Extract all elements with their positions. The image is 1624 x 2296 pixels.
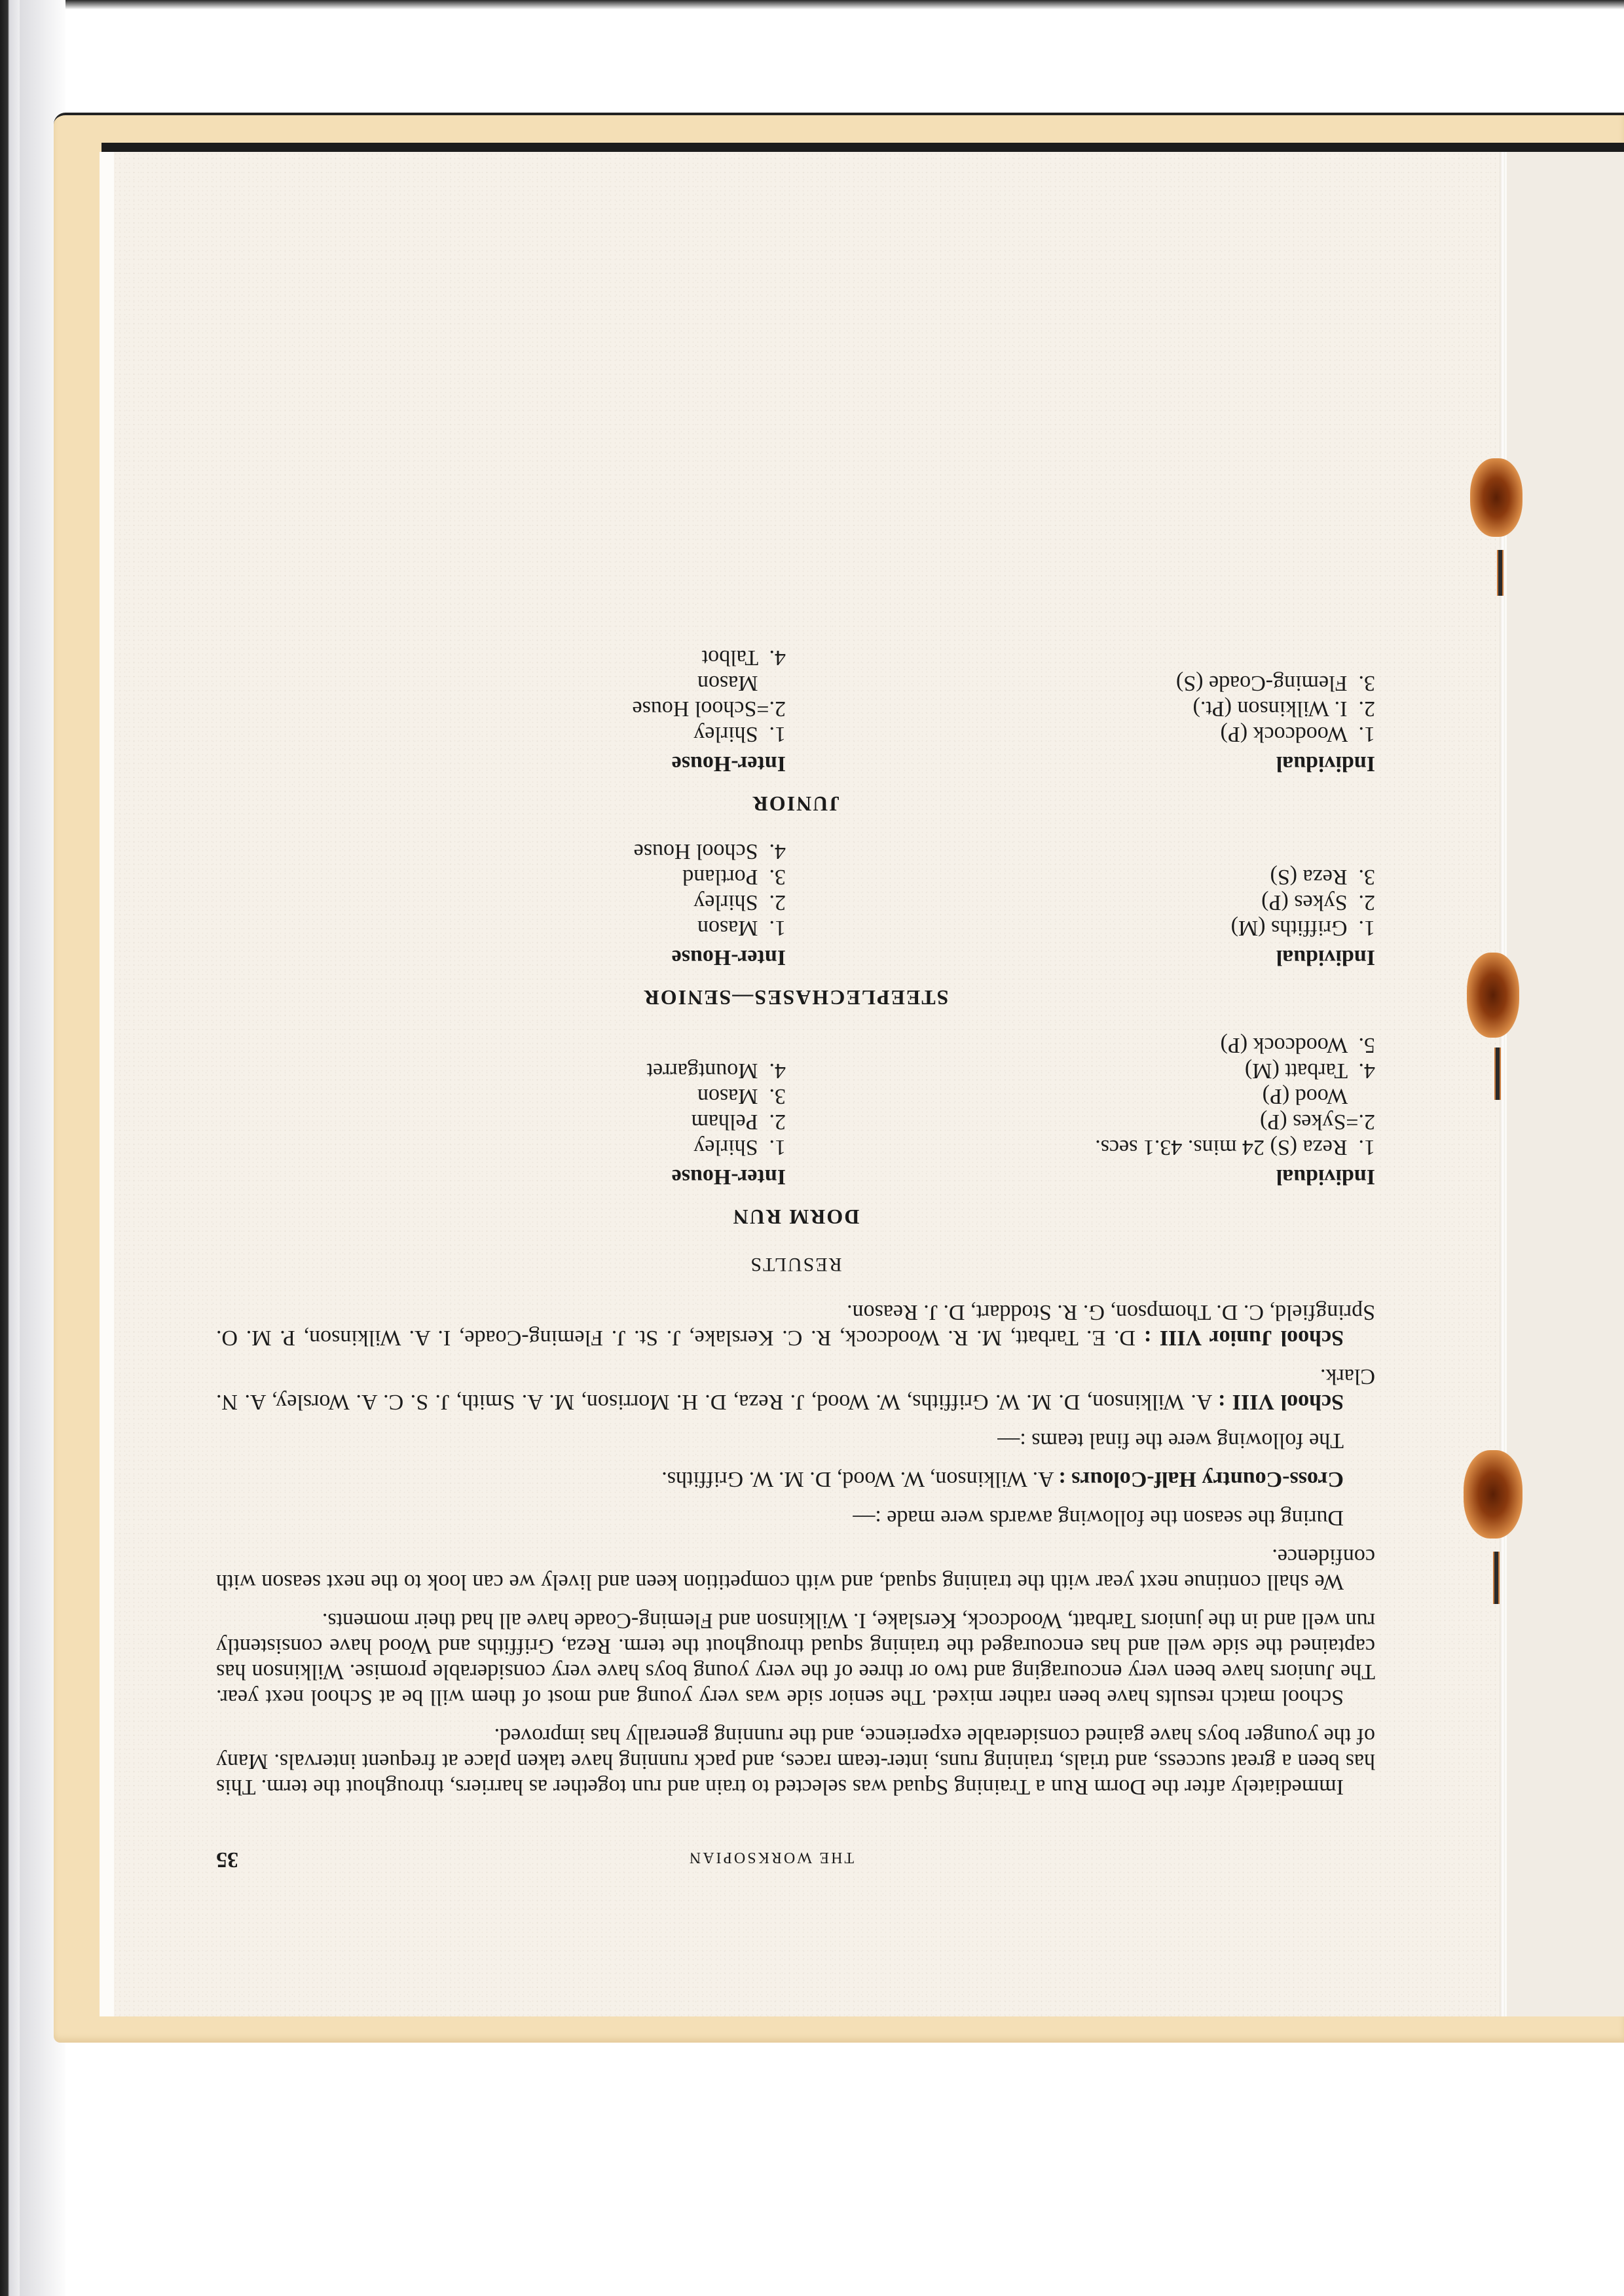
results-table-steeplechases-senior: Individual Inter-House 1. Griffiths (M) … xyxy=(216,839,1375,970)
staple-icon xyxy=(1493,1552,1500,1604)
team-school-junior-viii: School Junior VIII : D. E. Tarbatt, M. R… xyxy=(216,1300,1375,1351)
interhouse-entry: 1. Shirley xyxy=(216,1135,786,1160)
running-head: THE WORKSOPIAN 35 xyxy=(216,1844,1375,1872)
rust-stain-icon xyxy=(1467,953,1519,1038)
column-header-interhouse: Inter-House xyxy=(216,1164,786,1190)
individual-entry: 5. Woodcock (P) xyxy=(786,1032,1375,1058)
section-title-dorm-run: DORM RUN xyxy=(216,1204,1375,1230)
individual-entry: 1. Griffiths (M) xyxy=(786,915,1375,941)
interhouse-entry: 4. Talbot xyxy=(216,645,786,670)
rust-stain-icon xyxy=(1464,1450,1522,1539)
paragraph-awards-intro: During the season the following awards w… xyxy=(216,1505,1375,1531)
paragraph-training-squad: Immediately after the Dorm Run a Trainin… xyxy=(216,1723,1375,1800)
staple-icon xyxy=(1497,550,1504,596)
awards-names: A. Wilkinson, W. Wood, D. M. W. Griffith… xyxy=(661,1467,1054,1491)
section-title-steeplechases-senior: STEEPLECHASES—SENIOR xyxy=(216,985,1375,1010)
page-number: 35 xyxy=(216,1847,238,1872)
individual-entry: Wood (P) xyxy=(786,1084,1375,1109)
individual-entry xyxy=(786,839,1375,864)
team-label: School Junior VIII : xyxy=(1144,1326,1344,1350)
results-table-junior: Individual Inter-House 1. Woodcock (P) 1… xyxy=(216,645,1375,776)
interhouse-entry: 3. Mason xyxy=(216,1084,786,1109)
column-header-interhouse: Inter-House xyxy=(216,751,786,776)
interhouse-entry: 2. Shirley xyxy=(216,890,786,915)
individual-entry: 4. Tarbatt (M) xyxy=(786,1058,1375,1084)
individual-entry: 3. Fleming-Coade (S) xyxy=(786,670,1375,696)
individual-entry: 1. Reza (S) 24 mins. 43.1 secs. xyxy=(786,1135,1375,1160)
staple-icon xyxy=(1494,1048,1501,1100)
column-header-interhouse: Inter-House xyxy=(216,945,786,970)
interhouse-entry xyxy=(216,1032,786,1058)
interhouse-entry: 2.=School House xyxy=(216,696,786,721)
paragraph-next-season: We shall continue next year with the tra… xyxy=(216,1544,1375,1595)
interhouse-entry: 4. Mountgarret xyxy=(216,1058,786,1084)
individual-entry: 3. Reza (S) xyxy=(786,864,1375,890)
scanner-left-edge xyxy=(0,0,20,2296)
teams-intro: The following were the final teams :— xyxy=(216,1428,1375,1453)
results-table-dorm-run: Individual Inter-House 1. Reza (S) 24 mi… xyxy=(216,1032,1375,1190)
individual-entry: 2.=Sykes (P) xyxy=(786,1109,1375,1135)
team-label: School VIII : xyxy=(1218,1390,1344,1414)
individual-entry xyxy=(786,645,1375,670)
right-page-sliver xyxy=(1505,152,1624,2016)
team-school-viii: School VIII : A. Wilkinson, D. M. W. Gri… xyxy=(216,1364,1375,1415)
interhouse-entry: 4. School House xyxy=(216,839,786,864)
team-names: A. Wilkinson, D. M. W. Griffiths, W. Woo… xyxy=(216,1364,1375,1414)
interhouse-entry: 2. Pelham xyxy=(216,1109,786,1135)
interhouse-entry: 3. Portland xyxy=(216,864,786,890)
publication-title: THE WORKSOPIAN xyxy=(238,1844,1375,1870)
section-title-junior: JUNIOR xyxy=(216,791,1375,816)
rust-stain-icon xyxy=(1470,458,1522,537)
awards-line: Cross-Country Half-Colours : A. Wilkinso… xyxy=(216,1467,1375,1492)
column-header-individual: Individual xyxy=(786,945,1375,970)
column-header-individual: Individual xyxy=(786,1164,1375,1190)
paragraph-match-results: School match results have been rather mi… xyxy=(216,1608,1375,1710)
individual-entry: 2. Sykes (P) xyxy=(786,890,1375,915)
awards-label: Cross-Country Half-Colours : xyxy=(1058,1467,1344,1491)
individual-entry: 1. Woodcock (P) xyxy=(786,721,1375,747)
cover-hinge-line xyxy=(101,143,1624,152)
scanner-top-edge xyxy=(0,0,1624,9)
interhouse-entry: Mason xyxy=(216,670,786,696)
page-edge-highlight xyxy=(100,152,114,2016)
column-header-individual: Individual xyxy=(786,751,1375,776)
individual-entry: 2. I. Wilkinson (Pt.) xyxy=(786,696,1375,721)
interhouse-entry: 1. Mason xyxy=(216,915,786,941)
interhouse-entry: 1. Shirley xyxy=(216,721,786,747)
results-heading: RESULTS xyxy=(216,1252,1375,1277)
printed-page-content: THE WORKSOPIAN 35 Immediately after the … xyxy=(216,367,1375,1872)
